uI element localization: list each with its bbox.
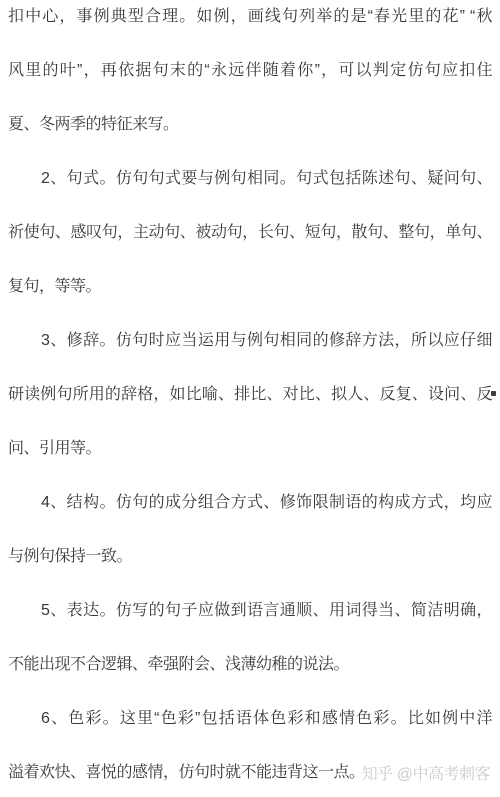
text-line: 4、结构。仿句的成分组合方式、修饰限制语的构成方式，均应: [8, 476, 492, 530]
text-line: 3、修辞。仿句时应当运用与例句相同的修辞方法，所以应仔细: [8, 314, 492, 368]
text-line: 问、引用等。: [8, 422, 492, 476]
stray-dot-artifact: [491, 391, 496, 396]
watermark: 知乎 @中高考刺客: [362, 761, 490, 784]
text-line: 扣中心，事例典型合理。如例，画线句列举的是“春光里的花” “秋: [8, 0, 492, 44]
paragraph-5: 5、表达。仿写的句子应做到语言通顺、用词得当、简洁明确， 不能出现不合逻辑、牵强…: [8, 584, 492, 692]
text-line: 夏、冬两季的特征来写。: [8, 98, 492, 152]
paragraph-2: 2、句式。仿句句式要与例句相同。句式包括陈述句、疑问句、 祈使句、感叹句，主动句…: [8, 152, 492, 314]
document-body: 扣中心，事例典型合理。如例，画线句列举的是“春光里的花” “秋 风里的叶”，再依…: [0, 0, 500, 797]
paragraph-3: 3、修辞。仿句时应当运用与例句相同的修辞方法，所以应仔细 研读例句所用的辞格，如…: [8, 314, 492, 476]
paragraph-1: 扣中心，事例典型合理。如例，画线句列举的是“春光里的花” “秋 风里的叶”，再依…: [8, 0, 492, 152]
text-line: 2、句式。仿句句式要与例句相同。句式包括陈述句、疑问句、: [8, 152, 492, 206]
text-line: 风里的叶”，再依据句末的“永远伴随着你”，可以判定仿句应扣住: [8, 44, 492, 98]
text-line: 5、表达。仿写的句子应做到语言通顺、用词得当、简洁明确，: [8, 584, 492, 638]
paragraph-4: 4、结构。仿句的成分组合方式、修饰限制语的构成方式，均应 与例句保持一致。: [8, 476, 492, 584]
text-line: 6、色彩。这里“色彩”包括语体色彩和感情色彩。比如例中洋: [8, 692, 492, 746]
text-line: 复句，等等。: [8, 260, 492, 314]
text-line: 不能出现不合逻辑、牵强附会、浅薄幼稚的说法。: [8, 638, 492, 692]
text-line: 祈使句、感叹句，主动句、被动句，长句、短句，散句、整句，单句、: [8, 206, 492, 260]
text-line: 与例句保持一致。: [8, 530, 492, 584]
text-line: 研读例句所用的辞格，如比喻、排比、对比、拟人、反复、设问、反: [8, 368, 492, 422]
